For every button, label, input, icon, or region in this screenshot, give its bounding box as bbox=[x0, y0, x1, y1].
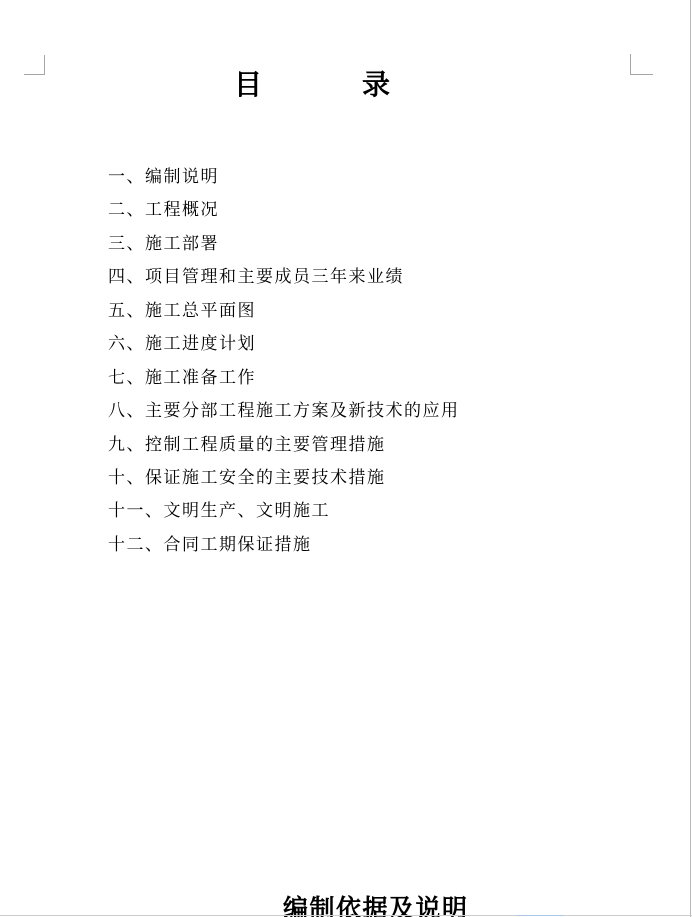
toc-item: 十二、合同工期保证措施 bbox=[108, 528, 460, 561]
page-title-char-right: 录 bbox=[362, 69, 390, 103]
toc-item: 七、施工准备工作 bbox=[108, 361, 460, 394]
page-title: 目 录 bbox=[234, 69, 390, 103]
window-edge-right bbox=[690, 0, 691, 917]
toc-item: 十、保证施工安全的主要技术措施 bbox=[108, 461, 460, 494]
toc-item: 一、编制说明 bbox=[108, 160, 460, 193]
toc-item: 八、主要分部工程施工方案及新技术的应用 bbox=[108, 394, 460, 427]
document-page[interactable]: 目 录 一、编制说明 二、工程概况 三、施工部署 四、项目管理和主要成员三年来业… bbox=[0, 0, 692, 917]
toc-item: 十一、文明生产、文明施工 bbox=[108, 494, 460, 527]
toc-item: 二、工程概况 bbox=[108, 193, 460, 226]
toc-list: 一、编制说明 二、工程概况 三、施工部署 四、项目管理和主要成员三年来业绩 五、… bbox=[108, 160, 460, 561]
next-section-heading-clipped: 编制依据及说明 bbox=[283, 896, 469, 917]
toc-item: 三、施工部署 bbox=[108, 227, 460, 260]
window-edge-bottom-accent bbox=[517, 915, 563, 916]
toc-item: 五、施工总平面图 bbox=[108, 294, 460, 327]
toc-item: 四、项目管理和主要成员三年来业绩 bbox=[108, 260, 460, 293]
window-edge-bottom bbox=[0, 915, 692, 916]
margin-corner-mark-left bbox=[24, 55, 45, 75]
margin-corner-mark-right bbox=[630, 54, 653, 75]
toc-item: 六、施工进度计划 bbox=[108, 327, 460, 360]
page-title-char-left: 目 bbox=[234, 69, 262, 103]
toc-item: 九、控制工程质量的主要管理措施 bbox=[108, 428, 460, 461]
